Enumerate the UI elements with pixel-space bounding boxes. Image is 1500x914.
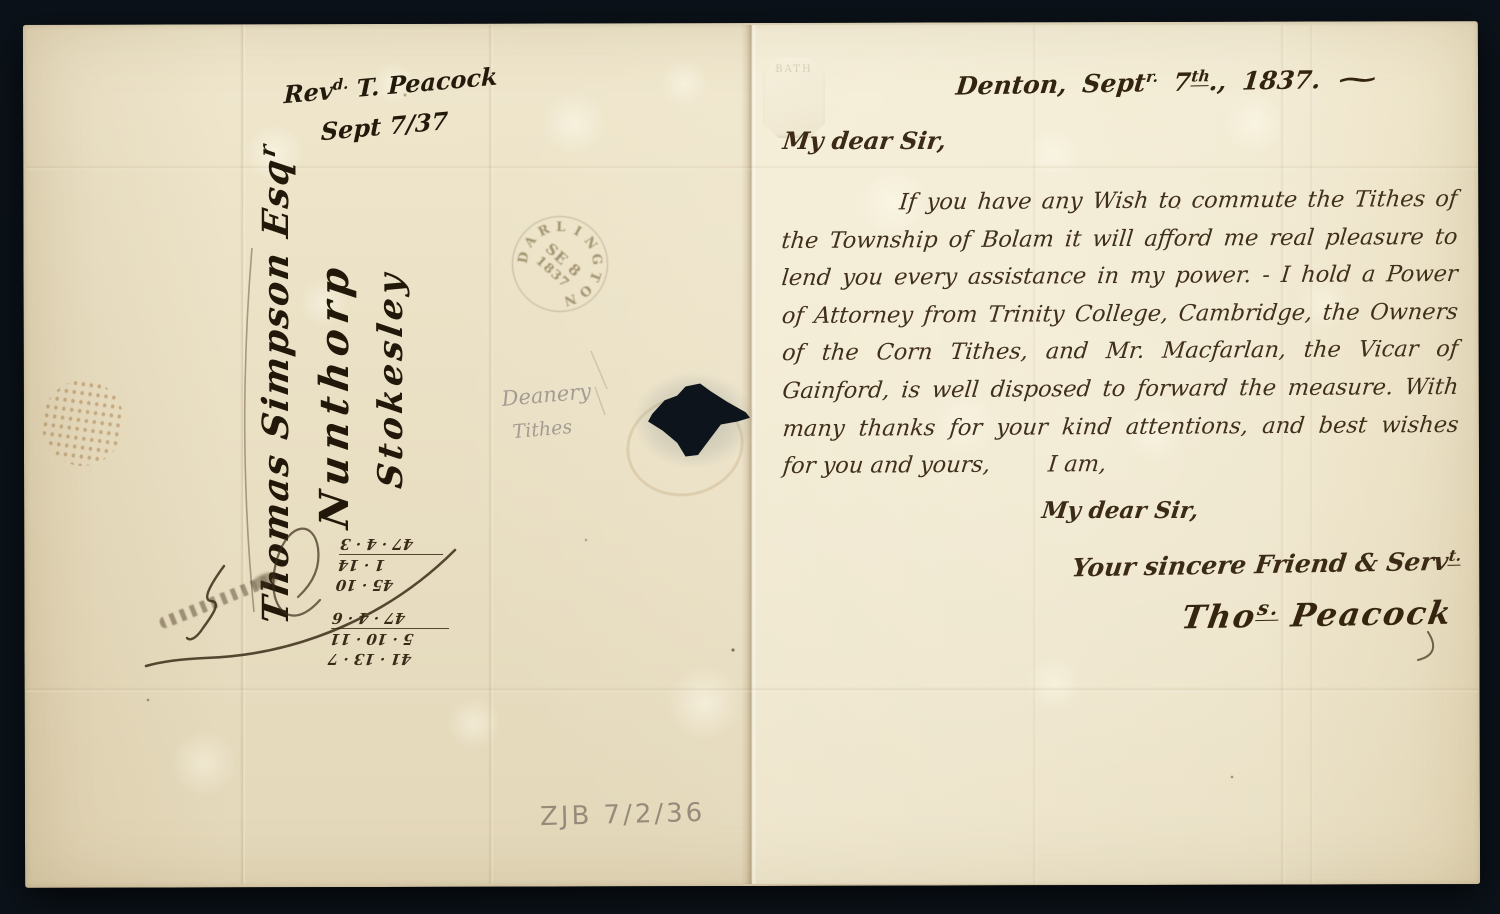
letter-body: If you have any Wish to commute the Tith… <box>781 181 1459 486</box>
fold-crease-vertical-1 <box>240 25 246 884</box>
fold-crease-horizontal-1 <box>26 165 1478 171</box>
letter-body-line: of the Corn Tithes, and Mr. Macfarlan, t… <box>780 331 1460 373</box>
arithmetic-sum-2: 41 · 13 · 7 5 · 10 · 11 47 · 4 · 6 <box>327 608 451 669</box>
address-line-name: Thomas Simpson Esqr <box>255 141 297 627</box>
photograph-of-letter: BATH Revd. T. Peacock Sept 7/37 Thomas S… <box>0 0 1500 914</box>
letter-salutation: My dear Sir, <box>781 126 948 155</box>
letter-body-line: for you and yours,I am, <box>781 444 1461 486</box>
letter-body-line: many thanks for your kind attentions, an… <box>781 406 1461 448</box>
address-line-town: Stokesley <box>371 268 411 491</box>
sum2-total: 47 · 4 · 6 <box>331 608 451 629</box>
pencil-annotation: Deanery Tithes <box>500 374 595 450</box>
sum1-row2: 1 · 14 <box>337 555 443 575</box>
sum1-total: 47 · 4 · 3 <box>339 534 445 555</box>
sum2-row1: 41 · 13 · 7 <box>327 649 447 669</box>
sum1-row1: 45 · 10 <box>335 575 441 595</box>
letter-signature: Thos. Peacock <box>1179 594 1455 637</box>
letter-body-line: Gainford, is well disposed to forward th… <box>780 369 1460 411</box>
arithmetic-sum-1: 45 · 10 1 · 14 47 · 4 · 3 <box>335 534 445 595</box>
dateline-flourish: ~ <box>1333 64 1382 94</box>
letter-closing-salutation: My dear Sir, <box>1040 497 1200 524</box>
letter-body-line: If you have any Wish to commute the Tith… <box>897 181 1459 222</box>
letter-body-line: the Township of Bolam it will afford me … <box>780 219 1460 261</box>
fold-crease-vertical-2 <box>488 25 494 884</box>
letter-body-line: of Attorney from Trinity College, Cambri… <box>780 294 1460 336</box>
archival-reference: ZJB 7/2/36 <box>540 798 706 832</box>
letter-body-line: lend you every assistance in my power. -… <box>780 256 1460 298</box>
fold-crease-horizontal-2 <box>26 687 1478 693</box>
address-line-place: Nunthorp <box>311 259 358 532</box>
embossed-seal-text: BATH <box>763 64 825 75</box>
sum2-row2: 5 · 10 · 11 <box>329 629 449 649</box>
